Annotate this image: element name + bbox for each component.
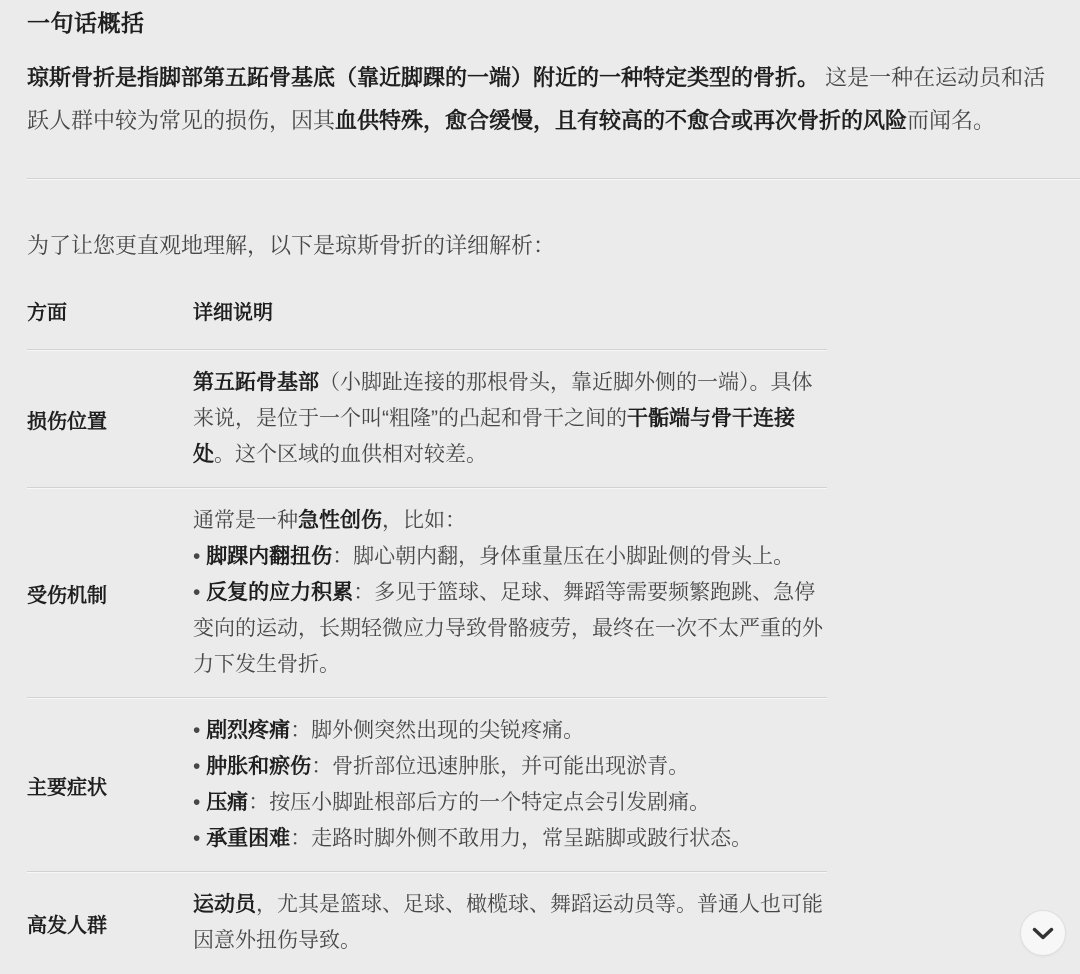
row-aspect-label: 主要症状 [27, 771, 193, 800]
row-aspect-label: 损伤位置 [27, 405, 193, 434]
detail-paragraph: 通常是一种急性创伤，比如： [193, 503, 827, 539]
bold-text: 血供特殊，愈合缓慢，且有较高的不愈合或再次骨折的风险 [335, 108, 907, 133]
summary-paragraph: 琼斯骨折是指脚部第五跖骨基底（靠近脚踝的一端）附近的一种特定类型的骨折。 这是一… [27, 56, 1053, 142]
section-divider [27, 178, 1080, 180]
table-row: 高发人群运动员，尤其是篮球、足球、橄榄球、舞蹈运动员等。普通人也可能因意外扭伤导… [27, 873, 827, 973]
table-row: 主要症状• 剧烈疼痛：脚外侧突然出现的尖锐疼痛。• 肿胀和瘀伤：骨折部位迅速肿胀… [27, 699, 827, 871]
bold-text: 肿胀和瘀伤 [206, 755, 311, 778]
plain-text: ：脚心朝内翻，身体重量压在小脚趾侧的骨头上。 [332, 545, 794, 568]
plain-text: • [193, 755, 206, 778]
detail-paragraph: • 脚踝内翻扭伤：脚心朝内翻，身体重量压在小脚趾侧的骨头上。 [193, 539, 827, 575]
plain-text: ：脚外侧突然出现的尖锐疼痛。 [290, 719, 584, 742]
table-row: 受伤机制通常是一种急性创伤，比如：• 脚踝内翻扭伤：脚心朝内翻，身体重量压在小脚… [27, 489, 827, 697]
section-heading: 一句话概括 [27, 8, 1053, 38]
bold-text: 脚踝内翻扭伤 [206, 545, 332, 568]
row-detail-cell: 运动员，尤其是篮球、足球、橄榄球、舞蹈运动员等。普通人也可能因意外扭伤导致。 [193, 887, 827, 959]
scroll-to-bottom-button[interactable] [1020, 910, 1066, 956]
plain-text: • [193, 581, 206, 604]
detail-paragraph: 运动员，尤其是篮球、足球、橄榄球、舞蹈运动员等。普通人也可能因意外扭伤导致。 [193, 887, 827, 959]
detail-paragraph: • 反复的应力积累：多见于篮球、足球、舞蹈等需要频繁跑跳、急停变向的运动，长期轻… [193, 575, 827, 683]
detail-paragraph: 第五跖骨基部（小脚趾连接的那根骨头，靠近脚外侧的一端）。具体来说，是位于一个叫“… [193, 365, 827, 473]
plain-text: ：按压小脚趾根部后方的一个特定点会引发剧痛。 [248, 791, 710, 814]
plain-text: • [193, 545, 206, 568]
plain-text: 通常是一种 [193, 509, 298, 532]
plain-text: 。这个区域的血供相对较差。 [214, 443, 487, 466]
plain-text: ：走路时脚外侧不敢用力，常呈踮脚或跛行状态。 [290, 827, 752, 850]
plain-text: ：骨折部位迅速肿胀，并可能出现淤青。 [311, 755, 689, 778]
bold-text: 急性创伤 [298, 509, 382, 532]
bold-text: 压痛 [206, 791, 248, 814]
detail-paragraph: • 承重困难：走路时脚外侧不敢用力，常呈踮脚或跛行状态。 [193, 821, 827, 857]
bold-text: 琼斯骨折是指脚部第五跖骨基底（靠近脚踝的一端）附近的一种特定类型的骨折。 [27, 65, 819, 90]
row-aspect-label: 受伤机制 [27, 579, 193, 608]
detail-paragraph: • 剧烈疼痛：脚外侧突然出现的尖锐疼痛。 [193, 713, 827, 749]
plain-text: 而闻名。 [907, 108, 995, 133]
detail-paragraph: • 肿胀和瘀伤：骨折部位迅速肿胀，并可能出现淤青。 [193, 749, 827, 785]
row-detail-cell: 第五跖骨基部（小脚趾连接的那根骨头，靠近脚外侧的一端）。具体来说，是位于一个叫“… [193, 365, 827, 473]
details-table: 方面 详细说明 损伤位置第五跖骨基部（小脚趾连接的那根骨头，靠近脚外侧的一端）。… [27, 296, 827, 973]
column-header-detail: 详细说明 [193, 296, 827, 325]
bold-text: 剧烈疼痛 [206, 719, 290, 742]
row-detail-cell: • 剧烈疼痛：脚外侧突然出现的尖锐疼痛。• 肿胀和瘀伤：骨折部位迅速肿胀，并可能… [193, 713, 827, 857]
plain-text: • [193, 827, 206, 850]
row-detail-cell: 通常是一种急性创伤，比如：• 脚踝内翻扭伤：脚心朝内翻，身体重量压在小脚趾侧的骨… [193, 503, 827, 683]
row-aspect-label: 高发人群 [27, 909, 193, 938]
bold-text: 承重困难 [206, 827, 290, 850]
plain-text: ，比如： [382, 509, 466, 532]
bold-text: 第五跖骨基部 [193, 371, 319, 394]
chevron-down-icon [1032, 927, 1054, 940]
detail-paragraph: • 压痛：按压小脚趾根部后方的一个特定点会引发剧痛。 [193, 785, 827, 821]
article-page: 一句话概括 琼斯骨折是指脚部第五跖骨基底（靠近脚踝的一端）附近的一种特定类型的骨… [0, 0, 1080, 974]
table-header-row: 方面 详细说明 [27, 296, 827, 349]
bold-text: 运动员 [193, 893, 256, 916]
plain-text: • [193, 719, 206, 742]
table-row: 损伤位置第五跖骨基部（小脚趾连接的那根骨头，靠近脚外侧的一端）。具体来说，是位于… [27, 351, 827, 487]
bold-text: 反复的应力积累 [206, 581, 353, 604]
plain-text: • [193, 791, 206, 814]
column-header-aspect: 方面 [27, 296, 193, 325]
plain-text: ，尤其是篮球、足球、橄榄球、舞蹈运动员等。普通人也可能因意外扭伤导致。 [193, 893, 823, 952]
lead-in-text: 为了让您更直观地理解，以下是琼斯骨折的详细解析： [27, 230, 1053, 262]
table-body: 损伤位置第五跖骨基部（小脚趾连接的那根骨头，靠近脚外侧的一端）。具体来说，是位于… [27, 351, 827, 973]
